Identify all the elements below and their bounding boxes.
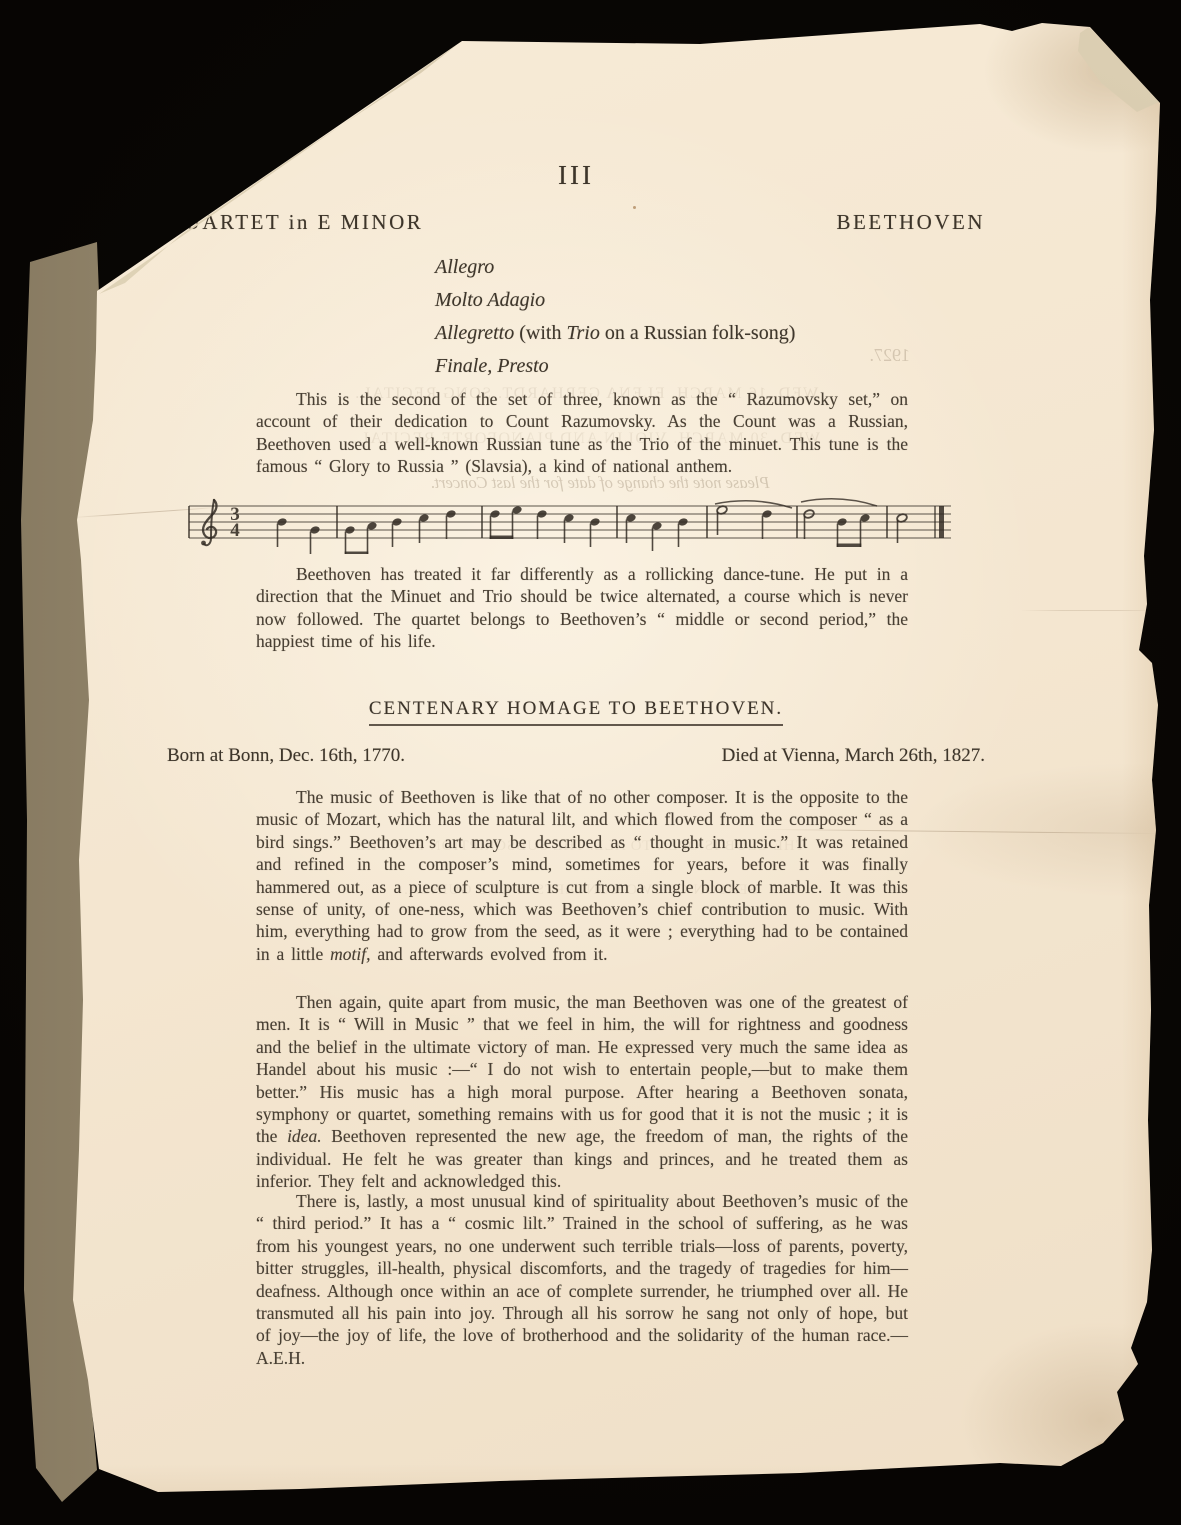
movement-4-label: Finale, Presto (435, 355, 549, 377)
photo-of-program-page: 1927. WED. 16 MARCH. ELENA GERHARDT. SON… (0, 0, 1181, 1525)
movement-3: Allegretto (with Trio on a Russian folk-… (435, 317, 795, 350)
svg-text:4: 4 (230, 520, 240, 541)
movement-1: Allegro (435, 251, 795, 284)
homage-heading-wrap: CENTENARY HOMAGE TO BEETHOVEN. (167, 698, 985, 726)
paper-speck (1098, 1444, 1112, 1452)
section-numeral: III (167, 160, 985, 191)
composer-name: BEETHOVEN (837, 210, 985, 235)
homage-heading: CENTENARY HOMAGE TO BEETHOVEN. (369, 698, 783, 726)
movement-3-paren: (with (514, 322, 566, 344)
italic-text-segment: motif, (330, 944, 370, 964)
text-segment: and afterwards evolved from it. (370, 944, 607, 964)
homage-paragraph-3: There is, lastly, a most unusual kind of… (256, 1190, 908, 1369)
movement-4: Finale, Presto (435, 350, 795, 383)
born-died-row: Born at Bonn, Dec. 16th, 1770. Died at V… (167, 745, 985, 767)
paper-speck (219, 169, 223, 173)
movement-2-label: Molto Adagio (435, 289, 545, 311)
paragraph-dance-tune: Beethoven has treated it far differently… (256, 563, 908, 653)
text-segment: Beethoven represented the new age, the f… (256, 1126, 908, 1191)
movement-list: Allegro Molto Adagio Allegretto (with Tr… (435, 251, 795, 383)
paper-speck (633, 206, 636, 209)
crease-line (1020, 610, 1160, 611)
homage-paragraph-1: The music of Beethoven is like that of n… (256, 786, 908, 965)
movement-3-paren-end: on a Russian folk-song) (600, 322, 796, 344)
bleedthrough-year: 1927. (790, 345, 910, 366)
title-row: QUARTET in E MINOR BEETHOVEN (167, 210, 985, 235)
movement-1-label: Allegro (435, 256, 494, 278)
homage-paragraph-2: Then again, quite apart from music, the … (256, 991, 908, 1193)
paper-sheet: 1927. WED. 16 MARCH. ELENA GERHARDT. SON… (0, 0, 1181, 1525)
music-staff-slavsia-tune: 34 (187, 494, 962, 554)
paragraph-razumovsky: This is the second of the set of three, … (256, 388, 908, 478)
died-date: Died at Vienna, March 26th, 1827. (722, 745, 985, 767)
work-title: QUARTET in E MINOR (167, 210, 423, 235)
movement-2: Molto Adagio (435, 284, 795, 317)
italic-text-segment: idea. (287, 1126, 322, 1146)
text-segment: The music of Beethoven is like that of n… (256, 787, 908, 964)
text-segment: Then again, quite apart from music, the … (256, 992, 908, 1146)
born-date: Born at Bonn, Dec. 16th, 1770. (167, 745, 405, 767)
movement-3-name: Allegretto (435, 322, 514, 344)
movement-3-trio: Trio (566, 322, 599, 344)
